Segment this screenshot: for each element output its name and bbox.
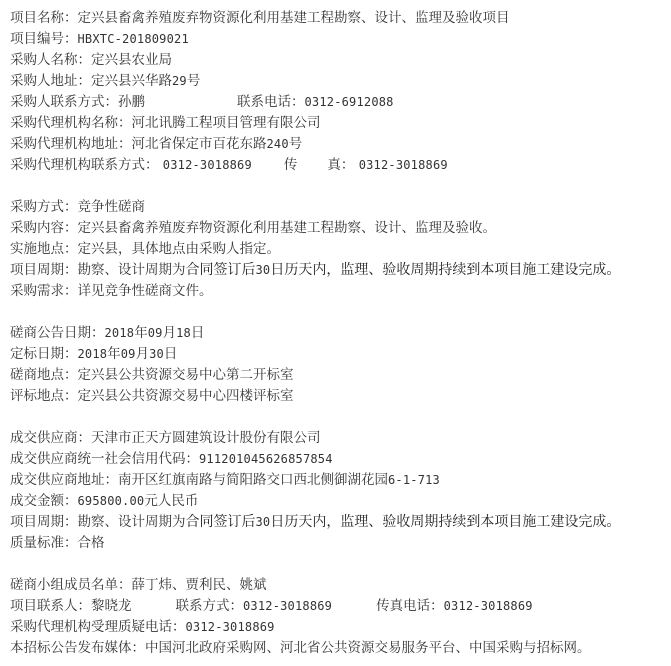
label: 成交金额： (10, 493, 78, 509)
complaint-phone: 0312-3018869 (186, 620, 275, 634)
panel-members-row: 磋商小组成员名单：薛丁炜、贾利民、姚斌 (10, 575, 671, 596)
purchaser-address: 定兴县兴华路 (91, 73, 172, 89)
label: 评标地点： (10, 388, 78, 404)
credit-code-row: 成交供应商统一社会信用代码：911201045626857854 (10, 449, 671, 470)
project-contact-row: 项目联系人：黎晓龙联系方式：0312-3018869传真电话：0312-3018… (10, 596, 671, 617)
label: 成交供应商统一社会信用代码： (10, 451, 199, 467)
label: 联系方式： (176, 598, 244, 614)
label: 磋商小组成员名单： (10, 577, 132, 593)
publishing-media-row: 本招标公告发布媒体：中国河北政府采购网、河北省公共资源交易服务平台、中国采购与招… (10, 638, 671, 659)
publishing-media: 中国河北政府采购网、河北省公共资源交易服务平台、中国采购与招标网。 (145, 640, 591, 656)
announcement-date-row: 磋商公告日期：2018年09月18日 (10, 323, 671, 344)
purchaser-name: 定兴县农业局 (91, 52, 172, 68)
project-contact: 黎晓龙 (91, 598, 132, 614)
label: 项目名称： (10, 10, 78, 26)
label: 质量标准： (10, 535, 78, 551)
label: 采购内容： (10, 220, 78, 236)
project-period-row: 项目周期：勘察、设计周期为合同签订后30日历天内，监理、验收周期持续到本项目施工… (10, 260, 671, 281)
project-contact-phone: 0312-3018869 (243, 599, 332, 613)
project-number-row: 项目编号：HBXTC-201809021 (10, 29, 671, 50)
label: 采购人联系方式： (10, 94, 118, 110)
negotiation-place: 定兴县公共资源交易中心第二开标室 (78, 367, 294, 383)
purchaser-contact: 孙鹏 (118, 94, 145, 110)
project-name: 定兴县畜禽养殖废弃物资源化利用基建工程勘察、设计、监理及验收项目 (78, 10, 510, 26)
winning-supplier-row: 成交供应商：天津市正天方圆建筑设计股份有限公司 (10, 428, 671, 449)
supplier-address-row: 成交供应商地址：南开区红旗南路与简阳路交口西北侧御湖花园6-1-713 (10, 470, 671, 491)
label: 项目周期： (10, 262, 78, 278)
label: 磋商公告日期： (10, 325, 105, 341)
implementation-location-row: 实施地点：定兴县，具体地点由采购人指定。 (10, 239, 671, 260)
supplier-address: 南开区红旗南路与简阳路交口西北侧御湖花园 (118, 472, 388, 488)
agency-contact: 0312-3018869 (163, 158, 252, 172)
agency-name: 河北讯腾工程项目管理有限公司 (132, 115, 321, 131)
label: 联系电话： (237, 94, 305, 110)
label: 采购人名称： (10, 52, 91, 68)
label: 定标日期： (10, 346, 78, 362)
quality-standard-row: 质量标准：合格 (10, 533, 671, 554)
label: 磋商地点： (10, 367, 78, 383)
purchaser-phone: 0312-6912088 (305, 95, 394, 109)
purchaser-address-row: 采购人地址：定兴县兴华路29号 (10, 71, 671, 92)
label: 传真电话： (376, 598, 444, 614)
procurement-requirement: 详见竞争性磋商文件。 (78, 283, 213, 299)
label: 项目周期： (10, 514, 78, 530)
project-fax: 0312-3018869 (444, 599, 533, 613)
label: 本招标公告发布媒体： (10, 640, 145, 656)
label: 成交供应商地址： (10, 472, 118, 488)
label: 采购人地址： (10, 73, 91, 89)
evaluation-place: 定兴县公共资源交易中心四楼评标室 (78, 388, 294, 404)
label: 成交供应商： (10, 430, 91, 446)
agency-name-row: 采购代理机构名称：河北讯腾工程项目管理有限公司 (10, 113, 671, 134)
negotiation-place-row: 磋商地点：定兴县公共资源交易中心第二开标室 (10, 365, 671, 386)
announcement-document: 项目名称：定兴县畜禽养殖废弃物资源化利用基建工程勘察、设计、监理及验收项目 项目… (0, 0, 671, 659)
award-period-row: 项目周期：勘察、设计周期为合同签订后30日历天内，监理、验收周期持续到本项目施工… (10, 512, 671, 533)
evaluation-place-row: 评标地点：定兴县公共资源交易中心四楼评标室 (10, 386, 671, 407)
label: 采购需求： (10, 283, 78, 299)
credit-code: 911201045626857854 (199, 452, 333, 466)
complaint-phone-row: 采购代理机构受理质疑电话：0312-3018869 (10, 617, 671, 638)
label: 采购代理机构名称： (10, 115, 132, 131)
purchaser-contact-row: 采购人联系方式：孙鹏联系电话：0312-6912088 (10, 92, 671, 113)
award-amount: 695800.00 (78, 494, 145, 508)
label: 采购代理机构受理质疑电话： (10, 619, 186, 635)
project-number: HBXTC-201809021 (78, 32, 189, 46)
label: 项目联系人： (10, 598, 91, 614)
agency-address: 河北省保定市百花东路 (132, 136, 267, 152)
procurement-content: 定兴县畜禽养殖废弃物资源化利用基建工程勘察、设计、监理及验收。 (78, 220, 497, 236)
panel-members: 薛丁炜、贾利民、姚斌 (132, 577, 267, 593)
award-amount-row: 成交金额：695800.00元人民币 (10, 491, 671, 512)
label: 项目编号： (10, 31, 78, 47)
agency-fax: 0312-3018869 (359, 158, 448, 172)
project-name-row: 项目名称：定兴县畜禽养殖废弃物资源化利用基建工程勘察、设计、监理及验收项目 (10, 8, 671, 29)
label: 实施地点： (10, 241, 78, 257)
agency-contact-row: 采购代理机构联系方式： 0312-3018869传真： 0312-3018869 (10, 155, 671, 176)
procurement-requirement-row: 采购需求：详见竞争性磋商文件。 (10, 281, 671, 302)
purchaser-name-row: 采购人名称：定兴县农业局 (10, 50, 671, 71)
implementation-location: 定兴县，具体地点由采购人指定。 (78, 241, 281, 257)
procurement-content-row: 采购内容：定兴县畜禽养殖废弃物资源化利用基建工程勘察、设计、监理及验收。 (10, 218, 671, 239)
label: 采购代理机构联系方式： (10, 157, 159, 173)
procurement-method-row: 采购方式：竞争性磋商 (10, 197, 671, 218)
award-date-row: 定标日期：2018年09月30日 (10, 344, 671, 365)
agency-address-row: 采购代理机构地址：河北省保定市百花东路240号 (10, 134, 671, 155)
winning-supplier: 天津市正天方圆建筑设计股份有限公司 (91, 430, 321, 446)
procurement-method: 竞争性磋商 (78, 199, 146, 215)
quality-standard: 合格 (78, 535, 105, 551)
label: 采购代理机构地址： (10, 136, 132, 152)
label: 采购方式： (10, 199, 78, 215)
